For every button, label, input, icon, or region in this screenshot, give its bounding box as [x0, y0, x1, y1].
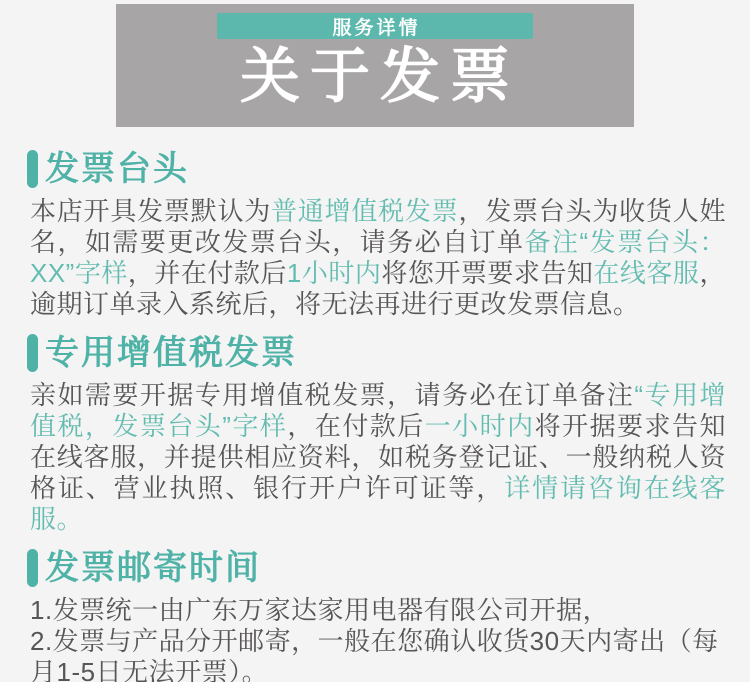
section-invoice-title: 发票台头 本店开具发票默认为普通增值税发票，发票台头为收货人姓名，如需要更改发票… — [0, 149, 750, 320]
service-details-banner: 服务详情 关于发票 — [116, 4, 634, 127]
section-heading-label: 发票台头 — [45, 149, 189, 189]
body-text: 亲如需要开据专用增值税发票，请务必在订单备注 — [30, 380, 634, 410]
section-special-vat-invoice: 专用增值税发票 亲如需要开据专用增值税发票，请务必在订单备注“专用增值税，发票台… — [0, 333, 750, 535]
body-text: ，并在付款后 — [128, 258, 287, 288]
highlighted-text: 1小时内 — [287, 258, 381, 288]
section-heading: 发票台头 — [27, 149, 750, 189]
section-paragraph: 本店开具发票默认为普通增值税发票，发票台头为收货人姓名，如需要更改发票台头，请务… — [30, 196, 726, 320]
highlighted-text: 在线客服 — [593, 258, 699, 288]
body-text: 本店开具发票默认为 — [30, 196, 271, 226]
section-invoice-mailing-time: 发票邮寄时间 1.发票统一由广东万家达家用电器有限公司开据，2.发票与产品分开邮… — [0, 548, 750, 682]
section-heading-label: 发票邮寄时间 — [45, 548, 261, 588]
section-paragraph: 亲如需要开据专用增值税发票，请务必在订单备注“专用增值税，发票台头”字样，在付款… — [30, 380, 726, 535]
heading-accent-bar-icon — [27, 334, 38, 372]
section-heading-label: 专用增值税发票 — [45, 333, 297, 373]
list-item: 2.发票与产品分开邮寄，一般在您确认收货30天内寄出（每月1-5日无法开票）。 — [30, 626, 726, 682]
section-heading: 专用增值税发票 — [27, 333, 750, 373]
highlighted-text: 普通增值税发票 — [271, 196, 458, 226]
page-title: 关于发票 — [116, 46, 634, 108]
heading-accent-bar-icon — [27, 150, 38, 188]
section-list: 1.发票统一由广东万家达家用电器有限公司开据，2.发票与产品分开邮寄，一般在您确… — [30, 595, 726, 682]
list-item: 1.发票统一由广东万家达家用电器有限公司开据， — [30, 595, 726, 626]
body-text: ，在付款后 — [287, 411, 424, 441]
service-details-tab: 服务详情 — [217, 13, 533, 39]
body-text: 将您开票要求告知 — [381, 258, 593, 288]
section-heading: 发票邮寄时间 — [27, 548, 750, 588]
heading-accent-bar-icon — [27, 549, 38, 587]
highlighted-text: 一小时内 — [425, 411, 535, 441]
service-details-tab-label: 服务详情 — [329, 13, 420, 40]
